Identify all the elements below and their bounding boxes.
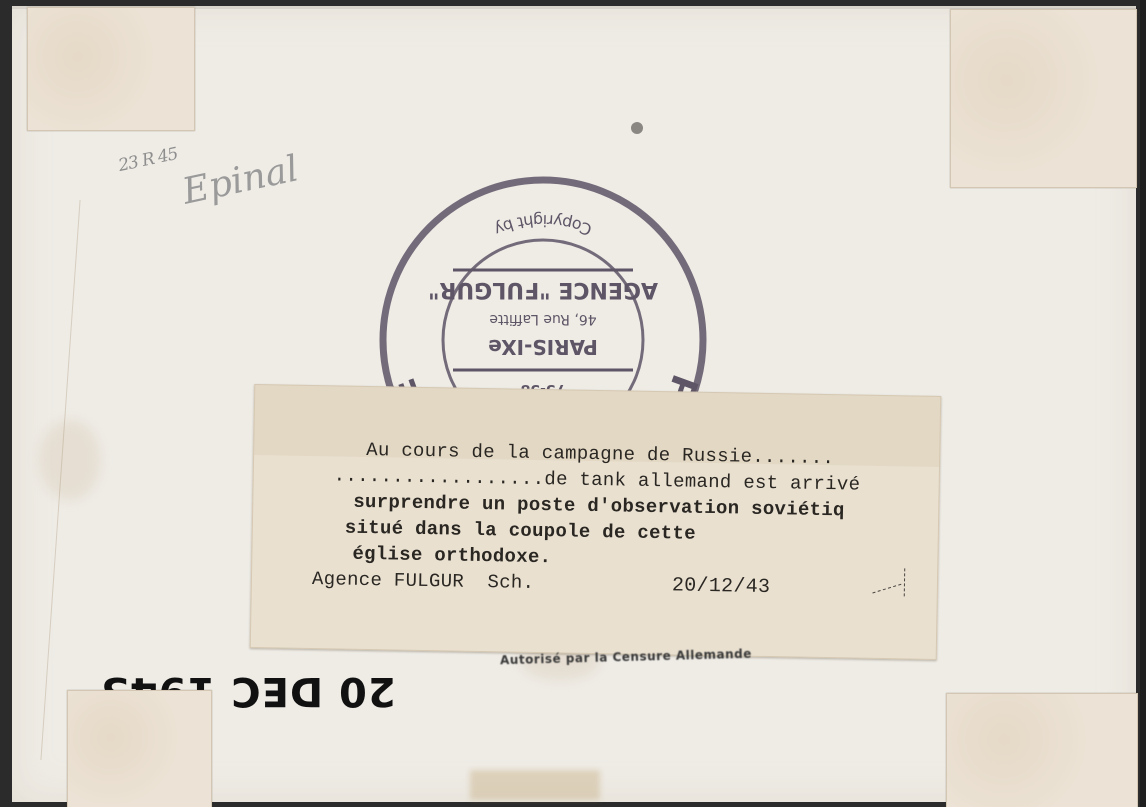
caption-slip: Au cours de la campagne de Russie.......…	[250, 384, 942, 660]
stain	[470, 770, 600, 800]
mounting-tape-bottom-right	[946, 693, 1138, 807]
crop-mark	[904, 568, 905, 596]
stain	[40, 420, 100, 500]
caption-line: église orthodoxe.	[352, 543, 551, 568]
stamp-city: PARIS-IXe	[488, 335, 598, 359]
mounting-tape-top-right	[950, 9, 1137, 188]
caption-line: situé dans la coupole de cette	[345, 517, 696, 545]
svg-text:Copyright by: Copyright by	[492, 211, 595, 240]
caption-date: 20/12/43	[672, 574, 771, 599]
stamp-agency: AGENCE "FULGUR"	[428, 277, 658, 302]
crop-mark	[872, 584, 901, 594]
mounting-tape-bottom-left	[67, 690, 212, 807]
scan-border	[1140, 0, 1146, 807]
mounting-tape-top-left	[27, 7, 195, 131]
caption-agency: Agence FULGUR Sch.	[312, 568, 535, 594]
caption-line: Au cours de la campagne de Russie.......	[366, 439, 834, 469]
stamp-bottom-text: Copyright by	[492, 211, 595, 240]
caption-line: surprendre un poste d'observation soviét…	[353, 491, 845, 522]
stamp-address: 46, Rue Laffitte	[489, 311, 596, 327]
ink-spot	[631, 122, 643, 134]
